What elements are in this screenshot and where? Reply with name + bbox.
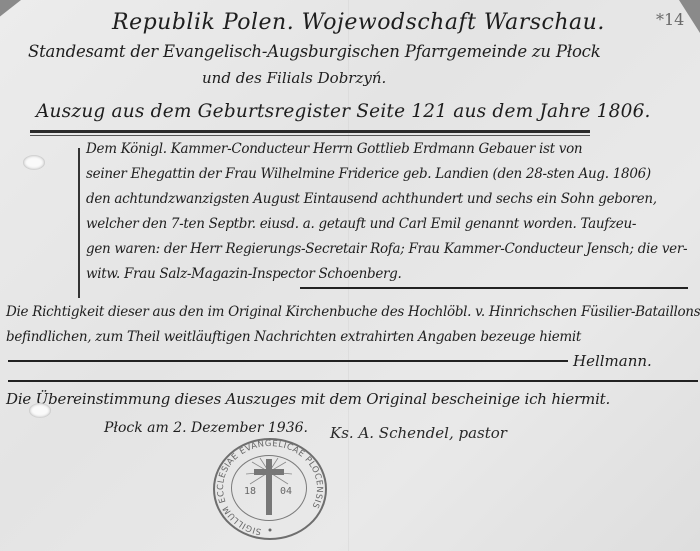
pastor-signature: Ks. A. Schendel, pastor [330, 424, 507, 442]
entry-line: Dem Königl. Kammer-Conducteur Herrn Gott… [86, 141, 582, 157]
conformity-statement: Die Übereinstimmung dieses Auszuges mit … [6, 390, 610, 408]
punch-hole [29, 403, 51, 418]
seal-year-left: 18 [244, 486, 256, 497]
entry-margin-bar [78, 148, 80, 298]
header-line-2: Standesamt der Evangelisch-Augsburgische… [28, 42, 601, 61]
document-page: Republik Polen. Wojewodschaft Warschau. … [0, 0, 700, 551]
entry-line: welcher den 7-ten Septbr. eiusd. a. geta… [86, 216, 636, 232]
certifier-signature: Hellmann. [573, 352, 652, 370]
seal-inner-ring: 18 04 [231, 455, 307, 521]
entry-line: den achtundzwanzigsten August Eintausend… [86, 191, 657, 207]
place-date: Płock am 2. Dezember 1936. [104, 420, 308, 436]
church-seal: SIGILLUM ECCLESIAE EVANGELICAE PLOCENSIS… [213, 438, 327, 540]
heading-rule [30, 130, 590, 133]
entry-line: gen waren: der Herr Regierungs-Secretair… [86, 241, 687, 257]
certification-rule [8, 360, 568, 362]
certification-line: Die Richtigkeit dieser aus den im Origin… [6, 304, 700, 320]
register-heading: Auszug aus dem Geburtsregister Seite 121… [36, 101, 651, 122]
archive-number: *14 [656, 10, 684, 29]
entry-line: witw. Frau Salz-Magazin-Inspector Schoen… [86, 266, 402, 282]
entry-end-rule [300, 287, 688, 289]
header-line-1: Republik Polen. Wojewodschaft Warschau. [112, 10, 605, 35]
section-separator [8, 380, 698, 382]
certification-line: befindlichen, zum Theil weitläuftigen Na… [6, 329, 581, 345]
entry-line: seiner Ehegattin der Frau Wilhelmine Fri… [86, 166, 651, 182]
header-line-3: und des Filials Dobrzyń. [202, 69, 386, 87]
punch-hole [23, 155, 45, 170]
heading-rule-secondary [30, 135, 590, 136]
seal-year-right: 04 [280, 486, 292, 497]
